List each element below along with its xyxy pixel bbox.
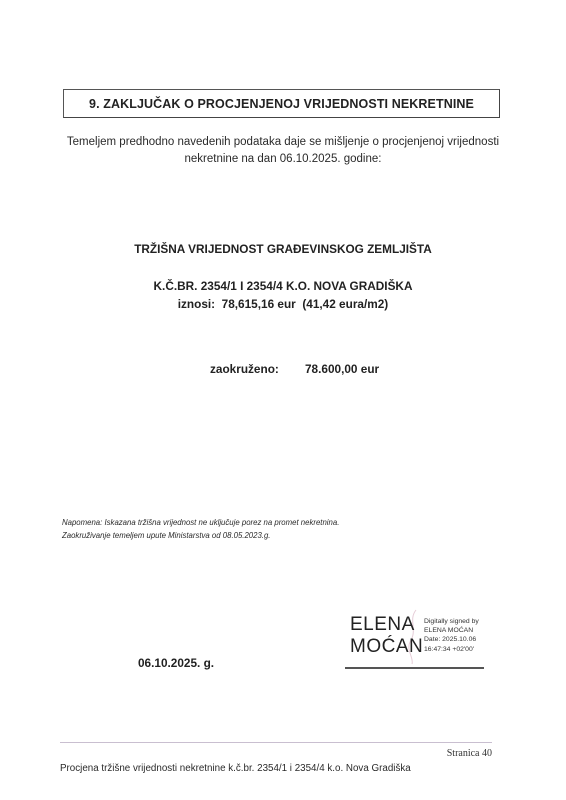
signer-name: ELENA MOĆAN xyxy=(350,614,423,658)
intro-line-1: Temeljem predhodno navedenih podataka da… xyxy=(60,134,506,151)
footer-divider xyxy=(60,742,492,743)
rounded-value: 78.600,00 eur xyxy=(305,362,379,376)
intro-paragraph: Temeljem predhodno navedenih podataka da… xyxy=(60,134,506,168)
digital-signature: ELENA MOĆAN Digitally signed by ELENA MO… xyxy=(344,608,494,668)
rounded-label: zaokruženo: xyxy=(210,362,279,376)
signature-line xyxy=(345,667,484,669)
section-heading-box: 9. ZAKLJUČAK O PROCJENJENOJ VRIJEDNOSTI … xyxy=(63,89,500,118)
signature-details: Digitally signed by ELENA MOĆAN Date: 20… xyxy=(424,617,479,654)
intro-line-2: nekretnine na dan 06.10.2025. godine: xyxy=(60,151,506,168)
note-line-1: Napomena: Iskazana tržišna vrijednost ne… xyxy=(62,516,339,529)
footer-text: Procjena tržišne vrijednosti nekretnine … xyxy=(60,763,411,774)
valuation-amount: iznosi: 78,615,16 eur (41,42 eura/m2) xyxy=(60,297,506,311)
note-line-2: Zaokruživanje temeljem upute Ministarstv… xyxy=(62,529,339,542)
document-date: 06.10.2025. g. xyxy=(138,656,214,670)
note: Napomena: Iskazana tržišna vrijednost ne… xyxy=(62,516,339,542)
valuation-headline: TRŽIŠNA VRIJEDNOST GRAĐEVINSKOG ZEMLJIŠT… xyxy=(60,242,506,256)
parcel-identifier: K.Č.BR. 2354/1 I 2354/4 K.O. NOVA GRADIŠ… xyxy=(60,279,506,293)
section-title: 9. ZAKLJUČAK O PROCJENJENOJ VRIJEDNOSTI … xyxy=(89,97,474,111)
document-page: 9. ZAKLJUČAK O PROCJENJENOJ VRIJEDNOSTI … xyxy=(0,0,566,800)
page-number: Stranica 40 xyxy=(447,748,492,759)
